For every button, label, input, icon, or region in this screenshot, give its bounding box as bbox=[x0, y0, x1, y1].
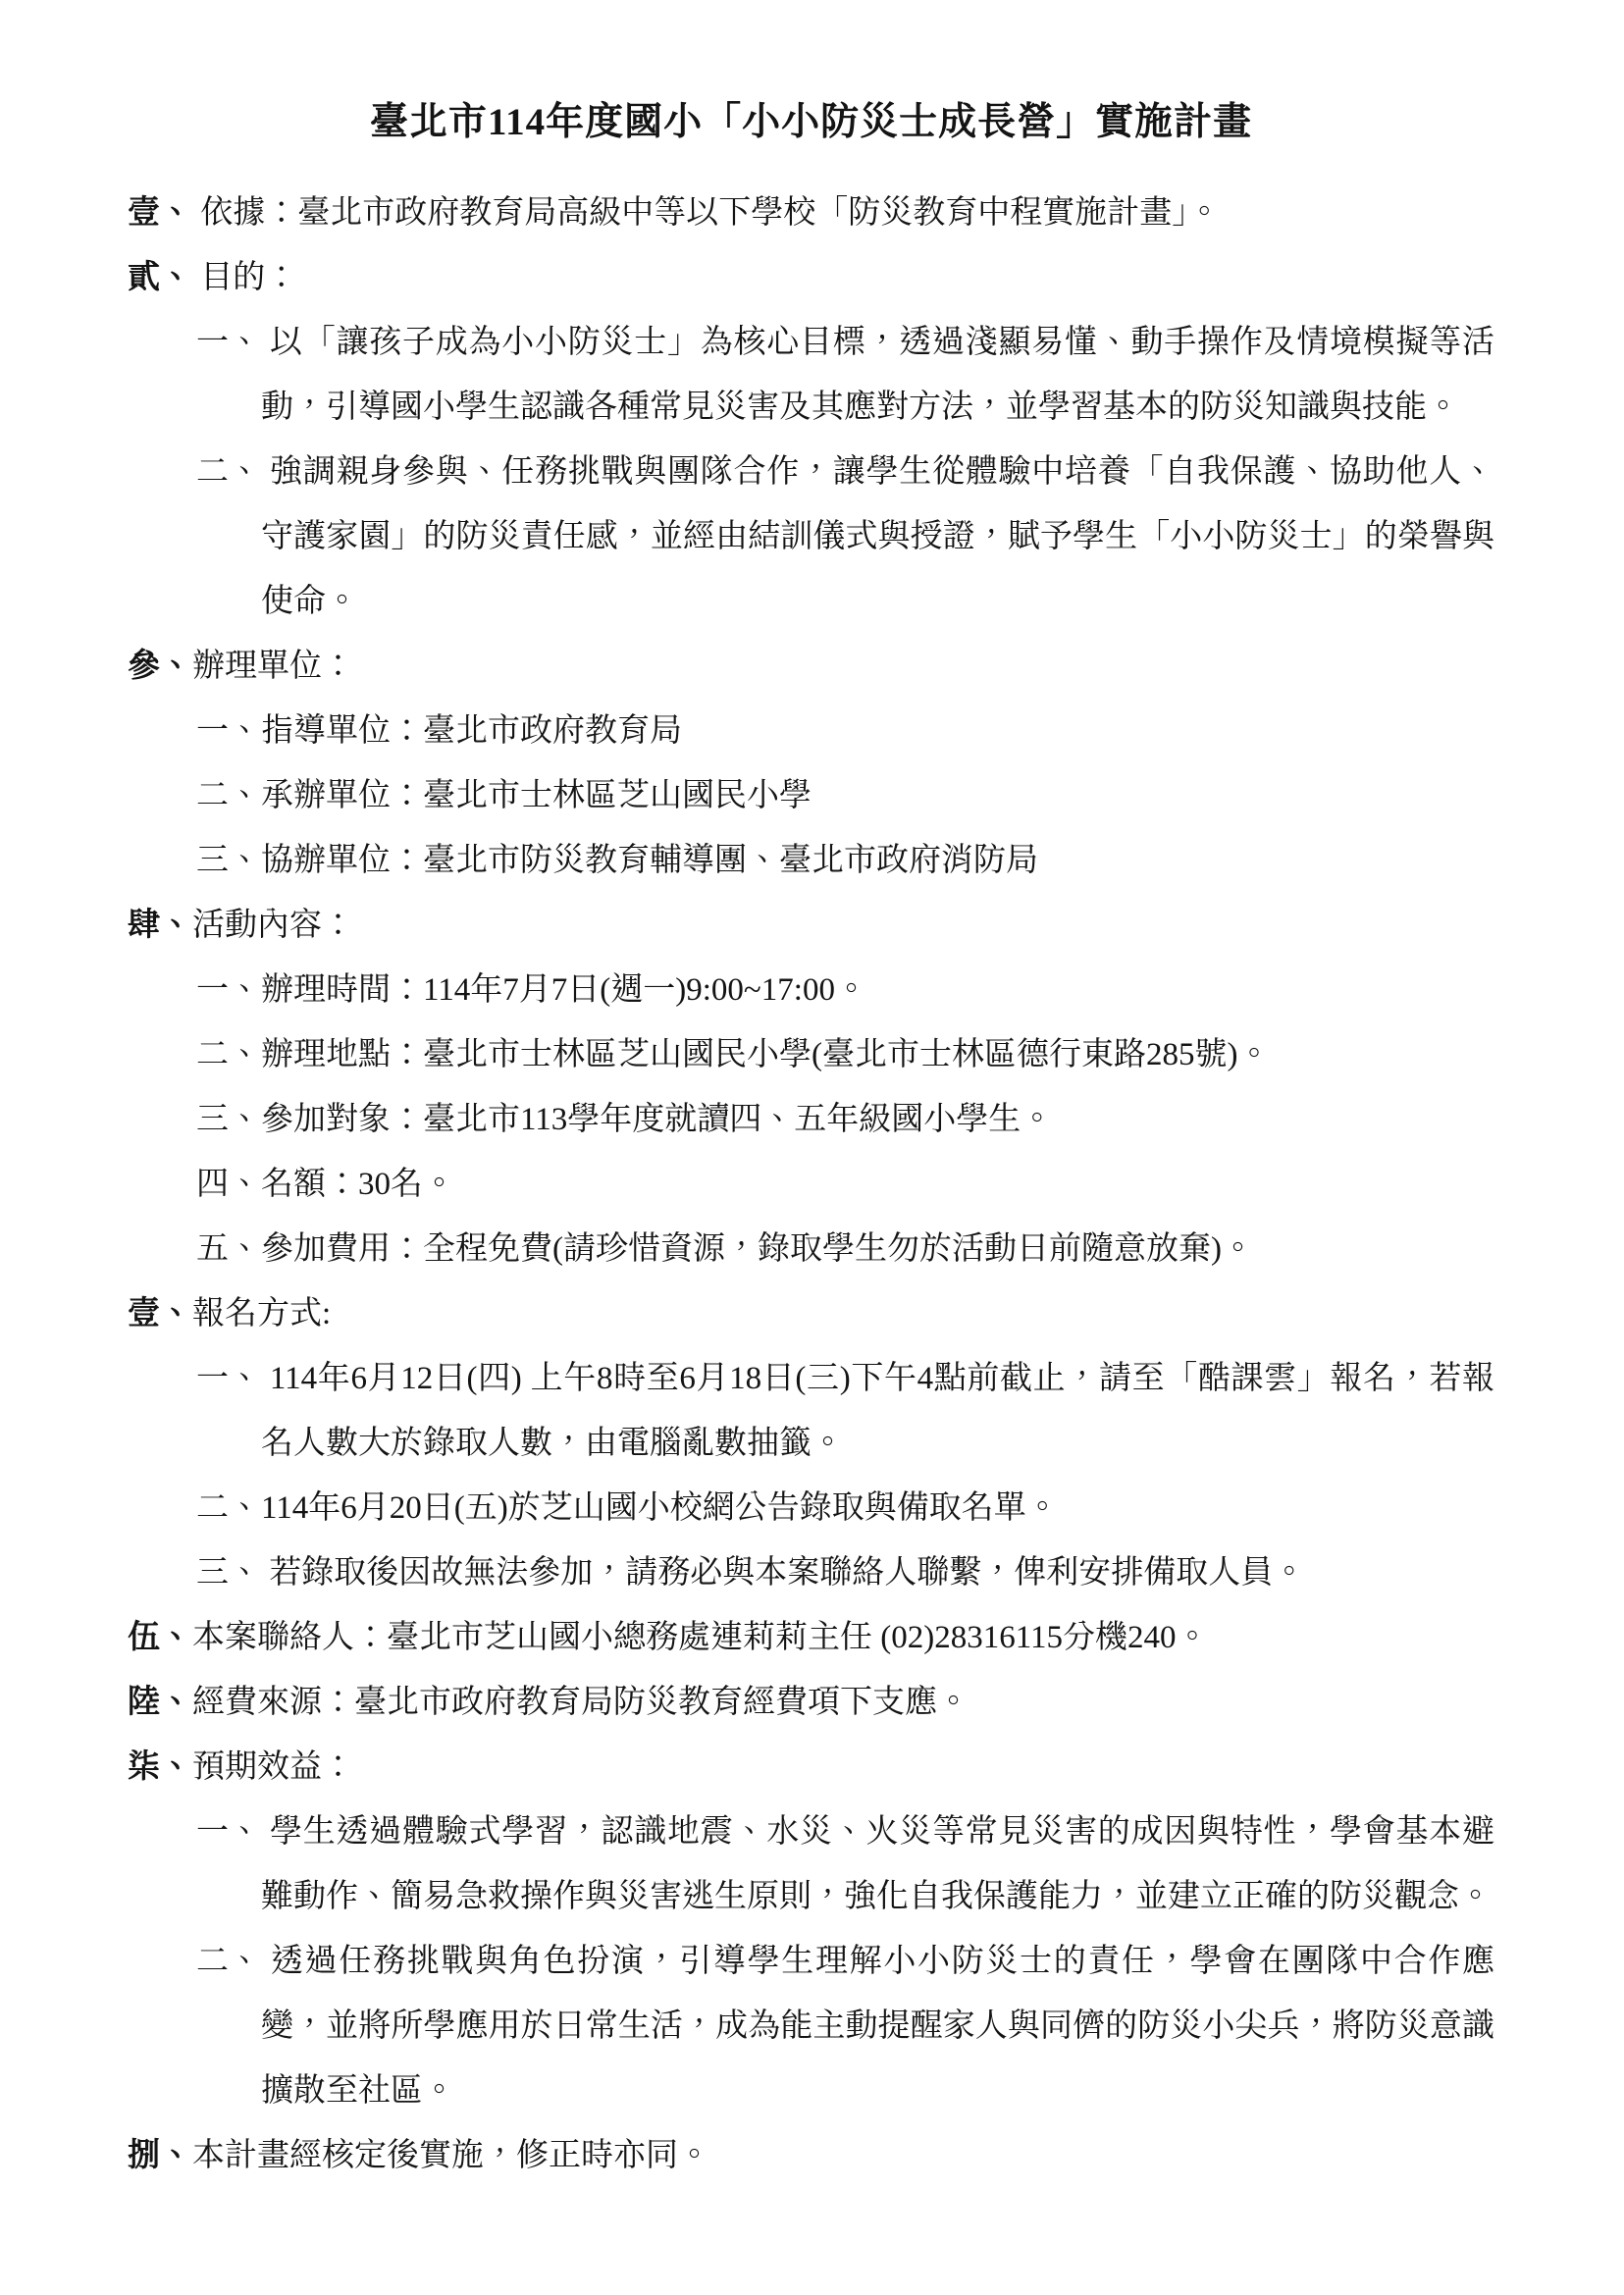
item-text: 目的： bbox=[192, 245, 1494, 310]
item-text: 活動內容： bbox=[192, 893, 1494, 958]
item-marker: 壹、 bbox=[128, 181, 192, 245]
item-marker: 二、 bbox=[196, 1929, 261, 1994]
item-marker: 三、 bbox=[196, 828, 261, 893]
document-background: { "page": { "title": "臺北市114年度國小「小小防災士成長… bbox=[0, 0, 1624, 2295]
item-text: 本案聯絡人：臺北市芝山國小總務處連莉莉主任 (02)28316115分機240。 bbox=[192, 1605, 1494, 1670]
item-marker: 一、 bbox=[196, 1799, 261, 1864]
item-text: 若錄取後因故無法參加，請務必與本案聯絡人聯繫，俾利安排備取人員。 bbox=[261, 1540, 1494, 1605]
list-item: 一、辦理時間：114年7月7日(週一)9:00~17:00。 bbox=[196, 958, 1494, 1022]
item-text: 114年6月12日(四) 上午8時至6月18日(三)下午4點前截止，請至「酷課雲… bbox=[261, 1346, 1494, 1476]
item-marker: 伍、 bbox=[128, 1605, 192, 1670]
item-text: 參加費用：全程免費(請珍惜資源，錄取學生勿於活動日前隨意放棄)。 bbox=[261, 1217, 1494, 1281]
item-marker: 貳、 bbox=[128, 245, 192, 310]
item-text: 學生透過體驗式學習，認識地震、水災、火災等常見災害的成因與特性，學會基本避難動作… bbox=[261, 1799, 1494, 1929]
item-marker: 參、 bbox=[128, 634, 192, 699]
item-marker: 二、 bbox=[196, 440, 261, 504]
item-marker: 一、 bbox=[196, 310, 261, 375]
item-marker: 壹、 bbox=[128, 1281, 192, 1346]
list-item: 陸、經費來源：臺北市政府教育局防災教育經費項下支應。 bbox=[128, 1670, 1494, 1735]
item-text: 辦理時間：114年7月7日(週一)9:00~17:00。 bbox=[261, 958, 1494, 1022]
item-text: 以「讓孩子成為小小防災士」為核心目標，透過淺顯易懂、動手操作及情境模擬等活動，引… bbox=[261, 310, 1494, 440]
item-text: 辦理地點：臺北市士林區芝山國民小學(臺北市士林區德行東路285號)。 bbox=[261, 1022, 1494, 1087]
list-item: 壹、 依據：臺北市政府教育局高級中等以下學校「防災教育中程實施計畫」。 bbox=[128, 181, 1494, 245]
item-marker: 一、 bbox=[196, 699, 261, 763]
item-marker: 五、 bbox=[196, 1217, 261, 1281]
item-text: 參加對象：臺北市113學年度就讀四、五年級國小學生。 bbox=[261, 1087, 1494, 1152]
item-marker: 三、 bbox=[196, 1087, 261, 1152]
item-text: 強調親身參與、任務挑戰與團隊合作，讓學生從體驗中培養「自我保護、協助他人、守護家… bbox=[261, 440, 1494, 634]
list-item: 柒、預期效益： bbox=[128, 1735, 1494, 1799]
item-marker: 四、 bbox=[196, 1152, 261, 1217]
item-marker: 一、 bbox=[196, 1346, 261, 1411]
list-item: 貳、 目的： bbox=[128, 245, 1494, 310]
item-marker: 柒、 bbox=[128, 1735, 192, 1799]
list-item: 二、 透過任務挑戰與角色扮演，引導學生理解小小防災士的責任，學會在團隊中合作應變… bbox=[196, 1929, 1494, 2123]
item-text: 依據：臺北市政府教育局高級中等以下學校「防災教育中程實施計畫」。 bbox=[192, 181, 1494, 245]
document-title: 臺北市114年度國小「小小防災士成長營」實施計畫 bbox=[128, 90, 1494, 155]
item-text: 透過任務挑戰與角色扮演，引導學生理解小小防災士的責任，學會在團隊中合作應變，並將… bbox=[261, 1929, 1494, 2123]
item-marker: 二、 bbox=[196, 763, 261, 828]
item-text: 指導單位：臺北市政府教育局 bbox=[261, 699, 1494, 763]
list-item: 一、指導單位：臺北市政府教育局 bbox=[196, 699, 1494, 763]
item-text: 經費來源：臺北市政府教育局防災教育經費項下支應。 bbox=[192, 1670, 1494, 1735]
item-text: 辦理單位： bbox=[192, 634, 1494, 699]
item-marker: 肆、 bbox=[128, 893, 192, 958]
list-item: 三、協辦單位：臺北市防災教育輔導團、臺北市政府消防局 bbox=[196, 828, 1494, 893]
item-text: 承辦單位：臺北市士林區芝山國民小學 bbox=[261, 763, 1494, 828]
list-item: 一、 114年6月12日(四) 上午8時至6月18日(三)下午4點前截止，請至「… bbox=[196, 1346, 1494, 1476]
list-item: 一、 以「讓孩子成為小小防災士」為核心目標，透過淺顯易懂、動手操作及情境模擬等活… bbox=[196, 310, 1494, 440]
document-page: 臺北市114年度國小「小小防災士成長營」實施計畫 壹、 依據：臺北市政府教育局高… bbox=[0, 0, 1624, 2295]
item-marker: 陸、 bbox=[128, 1670, 192, 1735]
document-body: 壹、 依據：臺北市政府教育局高級中等以下學校「防災教育中程實施計畫」。貳、 目的… bbox=[128, 181, 1494, 2188]
list-item: 捌、本計畫經核定後實施，修正時亦同。 bbox=[128, 2123, 1494, 2188]
list-item: 二、辦理地點：臺北市士林區芝山國民小學(臺北市士林區德行東路285號)。 bbox=[196, 1022, 1494, 1087]
item-text: 協辦單位：臺北市防災教育輔導團、臺北市政府消防局 bbox=[261, 828, 1494, 893]
list-item: 壹、報名方式: bbox=[128, 1281, 1494, 1346]
item-text: 本計畫經核定後實施，修正時亦同。 bbox=[192, 2123, 1494, 2188]
item-marker: 一、 bbox=[196, 958, 261, 1022]
list-item: 二、承辦單位：臺北市士林區芝山國民小學 bbox=[196, 763, 1494, 828]
list-item: 一、 學生透過體驗式學習，認識地震、水災、火災等常見災害的成因與特性，學會基本避… bbox=[196, 1799, 1494, 1929]
list-item: 二、114年6月20日(五)於芝山國小校網公告錄取與備取名單。 bbox=[196, 1476, 1494, 1540]
item-marker: 捌、 bbox=[128, 2123, 192, 2188]
item-marker: 三、 bbox=[196, 1540, 261, 1605]
item-marker: 二、 bbox=[196, 1476, 261, 1540]
item-text: 報名方式: bbox=[192, 1281, 1494, 1346]
list-item: 肆、活動內容： bbox=[128, 893, 1494, 958]
list-item: 四、名額：30名。 bbox=[196, 1152, 1494, 1217]
list-item: 三、 若錄取後因故無法參加，請務必與本案聯絡人聯繫，俾利安排備取人員。 bbox=[196, 1540, 1494, 1605]
item-text: 名額：30名。 bbox=[261, 1152, 1494, 1217]
item-text: 114年6月20日(五)於芝山國小校網公告錄取與備取名單。 bbox=[261, 1476, 1494, 1540]
list-item: 三、參加對象：臺北市113學年度就讀四、五年級國小學生。 bbox=[196, 1087, 1494, 1152]
item-marker: 二、 bbox=[196, 1022, 261, 1087]
list-item: 五、參加費用：全程免費(請珍惜資源，錄取學生勿於活動日前隨意放棄)。 bbox=[196, 1217, 1494, 1281]
list-item: 參、辦理單位： bbox=[128, 634, 1494, 699]
list-item: 伍、本案聯絡人：臺北市芝山國小總務處連莉莉主任 (02)28316115分機24… bbox=[128, 1605, 1494, 1670]
item-text: 預期效益： bbox=[192, 1735, 1494, 1799]
list-item: 二、 強調親身參與、任務挑戰與團隊合作，讓學生從體驗中培養「自我保護、協助他人、… bbox=[196, 440, 1494, 634]
